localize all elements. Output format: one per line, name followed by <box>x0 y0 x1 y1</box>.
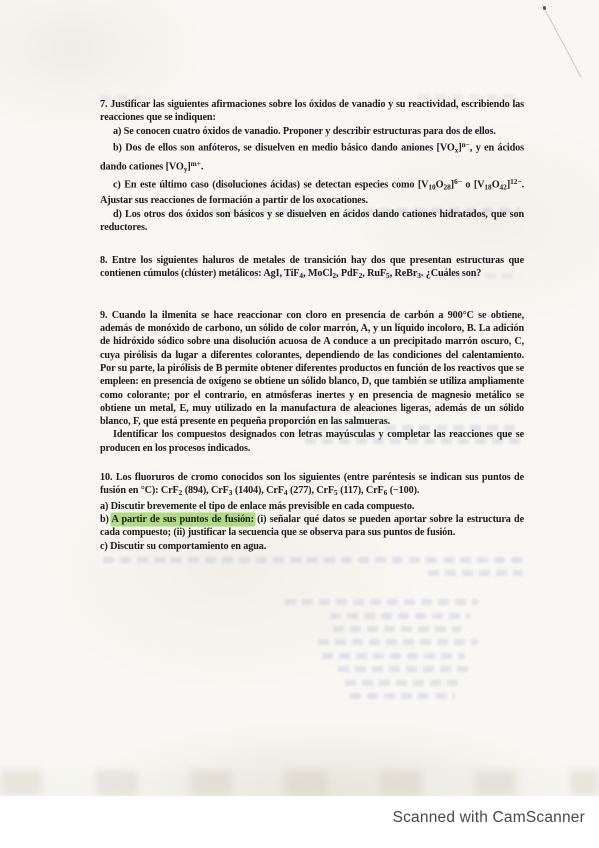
paragraph: a) Discutir brevemente el tipo de enlace… <box>100 500 524 513</box>
text-run: , RuF <box>362 268 386 279</box>
paragraph: 7. Justificar las siguientes afirmacione… <box>100 98 524 125</box>
paragraph: a) Se conocen cuatro óxidos de vanadio. … <box>100 125 524 138</box>
text-run: Identificar los compuestos designados co… <box>100 429 524 453</box>
text-run: (277), CrF <box>288 485 335 496</box>
text-run: a) Discutir brevemente el tipo de enlace… <box>100 501 414 512</box>
text-run: o [V <box>462 180 485 191</box>
question-10: 10. Los fluoruros de cromo conocidos son… <box>100 471 524 553</box>
text-run: . ¿Cuáles son? <box>421 268 481 279</box>
text-run: c) En este último caso (disoluciones áci… <box>113 180 428 191</box>
camscanner-credit: Scanned with CamScanner <box>393 809 585 827</box>
text-run: 28 <box>443 183 450 192</box>
highlighted-text: A partir de sus puntos de fusión: <box>112 514 254 525</box>
paragraph: d) Los otros dos óxidos son básicos y se… <box>100 208 524 235</box>
text-run: , PdF <box>336 268 359 279</box>
text-run: 10 <box>428 183 435 192</box>
paragraph: c) Discutir su comportamiento en agua. <box>100 540 524 553</box>
bleed-through-line <box>318 639 478 645</box>
bleed-through-line <box>338 666 470 672</box>
paragraph: 9. Cuando la ilmenita se hace reaccionar… <box>100 309 524 429</box>
paragraph: c) En este último caso (disoluciones áci… <box>100 175 524 207</box>
question-9: 9. Cuando la ilmenita se hace reaccionar… <box>100 309 524 455</box>
text-run: (−100). <box>387 485 419 496</box>
camscanner-footer: Scanned with CamScanner <box>0 796 599 848</box>
text-run: b) Dos de ellos son anfóteros, se disuel… <box>113 142 455 153</box>
text-run: (1404), CrF <box>232 485 283 496</box>
bleed-through-line <box>285 599 478 605</box>
bleed-through-line <box>333 626 461 632</box>
text-run: 6− <box>454 177 462 186</box>
text-run: a) Se conocen cuatro óxidos de vanadio. … <box>113 126 496 137</box>
text-run: b) <box>100 514 112 525</box>
scanned-document-page: 7. Justificar las siguientes afirmacione… <box>0 0 599 796</box>
text-run: . <box>201 161 203 172</box>
text-run: (894), CrF <box>182 485 229 496</box>
paragraph: b) A partir de sus puntos de fusión: (i)… <box>100 513 524 540</box>
pen-dot-mark <box>543 6 546 10</box>
paragraph: b) Dos de ellos son anfóteros, se disuel… <box>100 138 524 176</box>
question-7: 7. Justificar las siguientes afirmacione… <box>100 98 524 234</box>
text-run: m+ <box>191 159 201 168</box>
question-8: 8. Entre los siguientes haluros de metal… <box>100 254 524 283</box>
text-run: 9. Cuando la ilmenita se hace reaccionar… <box>100 310 524 427</box>
bleed-through-line <box>322 653 465 659</box>
scan-bottom-edge <box>0 770 599 796</box>
text-run: c) Discutir su comportamiento en agua. <box>100 541 266 552</box>
text-run: d) Los otros dos óxidos son básicos y se… <box>100 209 524 233</box>
text-run: O <box>492 180 500 191</box>
text-run: 42 <box>500 183 507 192</box>
bleed-through-line <box>428 570 523 576</box>
paragraph: 8. Entre los siguientes haluros de metal… <box>100 254 524 283</box>
text-run: 18 <box>484 183 491 192</box>
bleed-through-line <box>345 680 460 686</box>
pen-crease-mark <box>542 4 582 77</box>
bleed-through-line <box>330 613 470 619</box>
text-run: 12− <box>510 177 521 186</box>
bleed-through-line <box>350 693 455 699</box>
text-run: (117), CrF <box>338 485 384 496</box>
questions-area: 7. Justificar las siguientes afirmacione… <box>100 98 524 553</box>
paragraph: Identificar los compuestos designados co… <box>100 428 524 455</box>
text-run: 7. Justificar las siguientes afirmacione… <box>100 99 524 123</box>
text-run: , ReBr <box>390 268 418 279</box>
bleed-through-line <box>103 557 523 563</box>
text-run: n− <box>462 140 470 149</box>
text-run: , MoCl <box>303 268 332 279</box>
paragraph: 10. Los fluoruros de cromo conocidos son… <box>100 471 524 500</box>
